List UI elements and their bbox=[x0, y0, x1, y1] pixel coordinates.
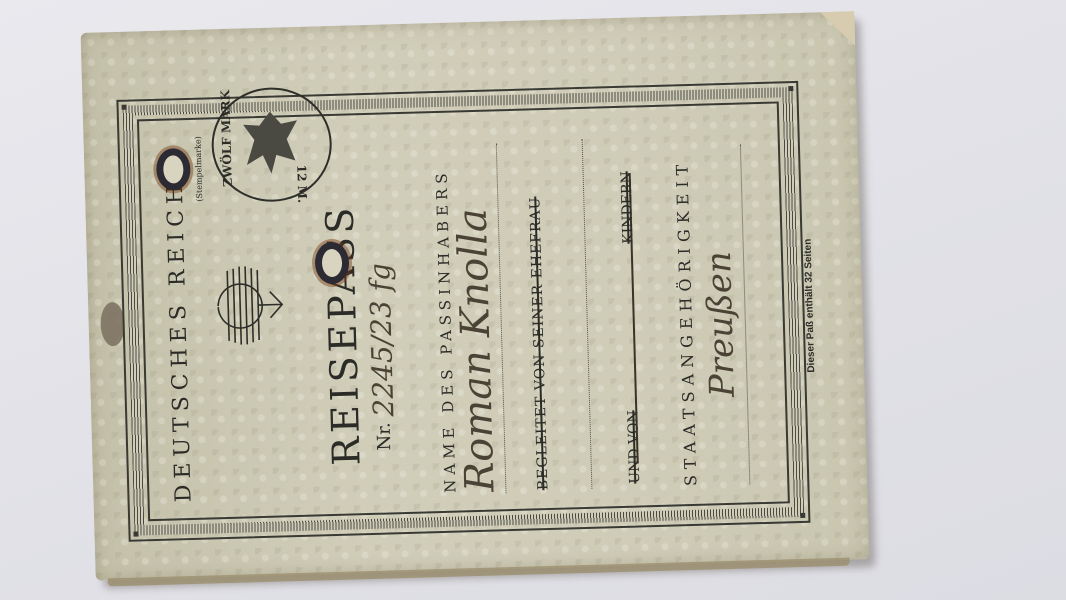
stamp-note: (Stempelmarke) bbox=[193, 136, 204, 202]
stamp-value: 12 M. bbox=[294, 165, 309, 204]
citizenship-value: Preußen bbox=[699, 251, 743, 398]
imperial-eagle-icon bbox=[197, 259, 289, 351]
passport-page: DEUTSCHES REICH ZWÖLF MARK 12 M. (Stempe… bbox=[81, 11, 870, 580]
number-label: Nr. bbox=[374, 422, 396, 451]
stamp-eagle-icon bbox=[243, 111, 299, 174]
children-label-end: KINDERN bbox=[619, 171, 637, 244]
holder-name: Roman Knolla bbox=[450, 208, 504, 493]
passport-number: 2245/23 fg bbox=[363, 263, 400, 417]
corner-fold bbox=[820, 11, 855, 46]
worn-edge bbox=[108, 558, 850, 587]
pages-note: Dieser Paß enthält 32 Seiten bbox=[803, 239, 818, 373]
children-label-start: UND VON bbox=[625, 410, 643, 484]
stamp-top-text: ZWÖLF MARK bbox=[218, 90, 235, 187]
